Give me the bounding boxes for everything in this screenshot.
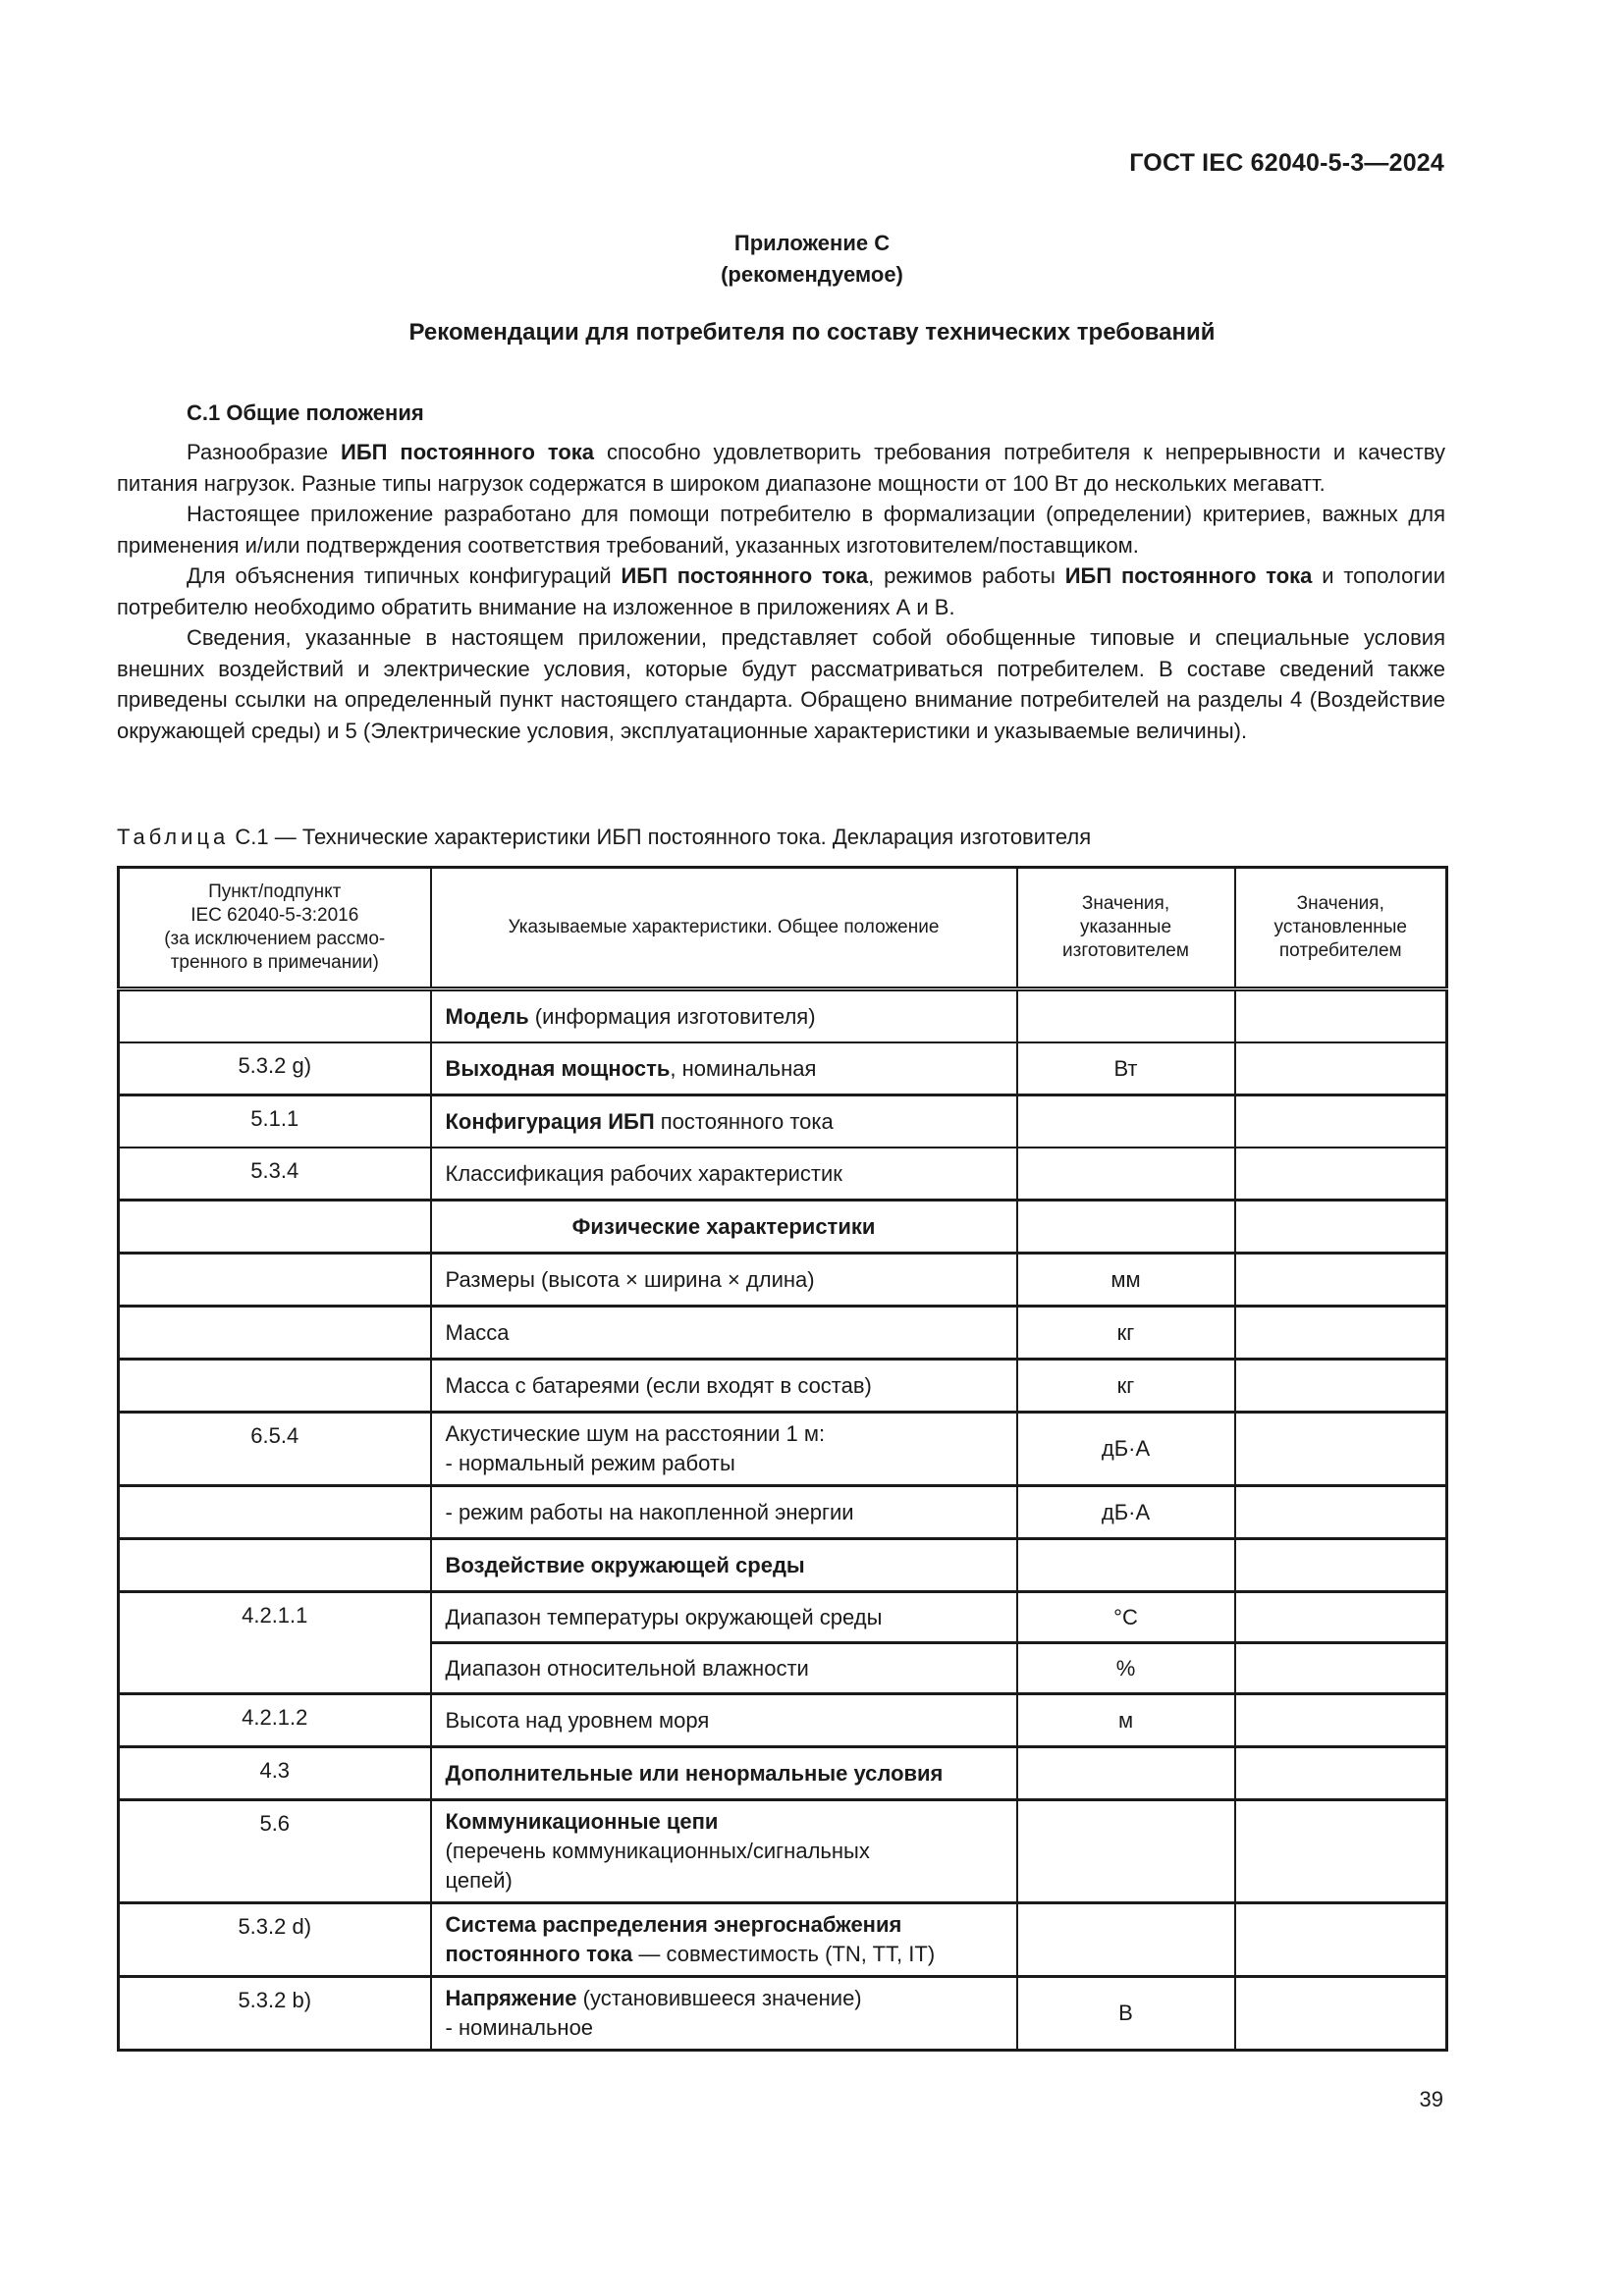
cell-clause: 4.2.1.1 bbox=[119, 1592, 431, 1694]
cell-unit: °С bbox=[1017, 1592, 1235, 1643]
cell-consumer-value[interactable] bbox=[1235, 1307, 1447, 1360]
cell-group-heading: Воздействие окружающей среды bbox=[431, 1539, 1017, 1592]
cell-unit bbox=[1017, 1201, 1235, 1254]
cell-clause: 5.3.2 g) bbox=[119, 1042, 431, 1095]
section-body: Разнообразие ИБП постоянного тока способ… bbox=[117, 437, 1445, 746]
cell-unit: дБ·А bbox=[1017, 1486, 1235, 1539]
paragraph-1: Разнообразие ИБП постоянного тока способ… bbox=[117, 437, 1445, 499]
cell-unit: кг bbox=[1017, 1360, 1235, 1413]
cell-unit bbox=[1017, 1800, 1235, 1903]
header-characteristic: Указываемые характеристики. Общее положе… bbox=[431, 868, 1017, 989]
table-row: Воздействие окружающей среды bbox=[119, 1539, 1447, 1592]
cell-group-heading: Физические характеристики bbox=[431, 1201, 1017, 1254]
spec-table: Пункт/подпункт IEC 62040-5-3:2016 (за ис… bbox=[117, 866, 1448, 2052]
paragraph-2: Настоящее приложение разработано для пом… bbox=[117, 499, 1445, 561]
cell-clause: 5.3.2 d) bbox=[119, 1903, 431, 1977]
table-header-row: Пункт/подпункт IEC 62040-5-3:2016 (за ис… bbox=[119, 868, 1447, 989]
cell-characteristic: Конфигурация ИБП постоянного тока bbox=[431, 1095, 1017, 1148]
cell-consumer-value[interactable] bbox=[1235, 1095, 1447, 1148]
page-number: 39 bbox=[1420, 2087, 1443, 2112]
cell-unit: мм bbox=[1017, 1254, 1235, 1307]
cell-characteristic: Диапазон температуры окружающей среды bbox=[431, 1592, 1017, 1643]
cell-clause bbox=[119, 1539, 431, 1592]
cell-clause bbox=[119, 1201, 431, 1254]
cell-characteristic: Модель (информация изготовителя) bbox=[431, 989, 1017, 1043]
cell-clause: 5.6 bbox=[119, 1800, 431, 1903]
cell-unit bbox=[1017, 1539, 1235, 1592]
table-row: 5.6 Коммуникационные цепи(перечень комму… bbox=[119, 1800, 1447, 1903]
cell-unit bbox=[1017, 1903, 1235, 1977]
annex-status: (рекомендуемое) bbox=[0, 259, 1624, 291]
table-row: 6.5.4 Акустические шум на расстоянии 1 м… bbox=[119, 1413, 1447, 1486]
table-row: - режим работы на накопленной энергии дБ… bbox=[119, 1486, 1447, 1539]
cell-characteristic: Высота над уровнем моря bbox=[431, 1694, 1017, 1747]
cell-characteristic: Коммуникационные цепи(перечень коммуника… bbox=[431, 1800, 1017, 1903]
cell-consumer-value[interactable] bbox=[1235, 1254, 1447, 1307]
annex-main-title: Рекомендации для потребителя по составу … bbox=[0, 319, 1624, 347]
table-row: 5.3.2 g) Выходная мощность, номинальная … bbox=[119, 1042, 1447, 1095]
cell-unit: кг bbox=[1017, 1307, 1235, 1360]
cell-characteristic: Классификация рабочих характеристик bbox=[431, 1148, 1017, 1201]
cell-clause bbox=[119, 1360, 431, 1413]
table-row: 4.2.1.1 Диапазон температуры окружающей … bbox=[119, 1592, 1447, 1643]
table-row: 5.3.2 b) Напряжение (установившееся знач… bbox=[119, 1977, 1447, 2051]
cell-consumer-value[interactable] bbox=[1235, 1201, 1447, 1254]
table-row: 5.3.4 Классификация рабочих характеристи… bbox=[119, 1148, 1447, 1201]
cell-unit bbox=[1017, 1747, 1235, 1800]
cell-unit bbox=[1017, 1148, 1235, 1201]
cell-characteristic: Диапазон относительной влажности bbox=[431, 1643, 1017, 1694]
cell-clause: 5.1.1 bbox=[119, 1095, 431, 1148]
table-caption: Таблица С.1 — Технические характеристики… bbox=[117, 825, 1091, 850]
cell-clause bbox=[119, 1254, 431, 1307]
paragraph-3: Для объяснения типичных конфигураций ИБП… bbox=[117, 561, 1445, 622]
cell-consumer-value[interactable] bbox=[1235, 1977, 1447, 2051]
header-clause: Пункт/подпункт IEC 62040-5-3:2016 (за ис… bbox=[119, 868, 431, 989]
cell-consumer-value[interactable] bbox=[1235, 1592, 1447, 1643]
annex-heading: Приложение С (рекомендуемое) bbox=[0, 228, 1624, 291]
table-row: 5.3.2 d) Система распределения энергосна… bbox=[119, 1903, 1447, 1977]
header-consumer-values: Значения, установленные потребителем bbox=[1235, 868, 1447, 989]
cell-consumer-value[interactable] bbox=[1235, 1903, 1447, 1977]
cell-unit: В bbox=[1017, 1977, 1235, 2051]
cell-characteristic: Выходная мощность, номинальная bbox=[431, 1042, 1017, 1095]
table-row: 5.1.1 Конфигурация ИБП постоянного тока bbox=[119, 1095, 1447, 1148]
cell-unit bbox=[1017, 1095, 1235, 1148]
cell-characteristic: - режим работы на накопленной энергии bbox=[431, 1486, 1017, 1539]
cell-clause: 5.3.4 bbox=[119, 1148, 431, 1201]
section-heading: С.1 Общие положения bbox=[187, 400, 424, 426]
standard-id: ГОСТ IEC 62040-5-3—2024 bbox=[1129, 149, 1444, 178]
cell-clause bbox=[119, 989, 431, 1043]
cell-consumer-value[interactable] bbox=[1235, 989, 1447, 1043]
cell-unit bbox=[1017, 989, 1235, 1043]
table-row: Масса кг bbox=[119, 1307, 1447, 1360]
table-row: Масса с батареями (если входят в состав)… bbox=[119, 1360, 1447, 1413]
cell-consumer-value[interactable] bbox=[1235, 1360, 1447, 1413]
table-row: 4.2.1.2 Высота над уровнем моря м bbox=[119, 1694, 1447, 1747]
cell-consumer-value[interactable] bbox=[1235, 1486, 1447, 1539]
cell-unit: Вт bbox=[1017, 1042, 1235, 1095]
cell-characteristic: Акустические шум на расстоянии 1 м:- нор… bbox=[431, 1413, 1017, 1486]
cell-characteristic: Напряжение (установившееся значение)- но… bbox=[431, 1977, 1017, 2051]
header-manufacturer-values: Значения, указанные изготовителем bbox=[1017, 868, 1235, 989]
cell-consumer-value[interactable] bbox=[1235, 1042, 1447, 1095]
cell-consumer-value[interactable] bbox=[1235, 1694, 1447, 1747]
cell-characteristic: Дополнительные или ненормальные условия bbox=[431, 1747, 1017, 1800]
cell-characteristic: Масса bbox=[431, 1307, 1017, 1360]
cell-clause: 4.3 bbox=[119, 1747, 431, 1800]
cell-consumer-value[interactable] bbox=[1235, 1643, 1447, 1694]
cell-characteristic: Система распределения энергоснабженияпос… bbox=[431, 1903, 1017, 1977]
cell-clause: 6.5.4 bbox=[119, 1413, 431, 1486]
cell-characteristic: Масса с батареями (если входят в состав) bbox=[431, 1360, 1017, 1413]
cell-clause: 5.3.2 b) bbox=[119, 1977, 431, 2051]
cell-clause: 4.2.1.2 bbox=[119, 1694, 431, 1747]
cell-unit: % bbox=[1017, 1643, 1235, 1694]
table-row: Физические характеристики bbox=[119, 1201, 1447, 1254]
cell-clause bbox=[119, 1486, 431, 1539]
annex-title: Приложение С bbox=[0, 228, 1624, 259]
cell-consumer-value[interactable] bbox=[1235, 1747, 1447, 1800]
table-row: 4.3 Дополнительные или ненормальные усло… bbox=[119, 1747, 1447, 1800]
cell-clause bbox=[119, 1307, 431, 1360]
cell-characteristic: Размеры (высота × ширина × длина) bbox=[431, 1254, 1017, 1307]
table-row: Модель (информация изготовителя) bbox=[119, 989, 1447, 1043]
cell-consumer-value[interactable] bbox=[1235, 1800, 1447, 1903]
cell-consumer-value[interactable] bbox=[1235, 1148, 1447, 1201]
table-row: Размеры (высота × ширина × длина) мм bbox=[119, 1254, 1447, 1307]
cell-consumer-value[interactable] bbox=[1235, 1413, 1447, 1486]
cell-consumer-value[interactable] bbox=[1235, 1539, 1447, 1592]
paragraph-4: Сведения, указанные в настоящем приложен… bbox=[117, 622, 1445, 746]
cell-unit: м bbox=[1017, 1694, 1235, 1747]
cell-unit: дБ·А bbox=[1017, 1413, 1235, 1486]
